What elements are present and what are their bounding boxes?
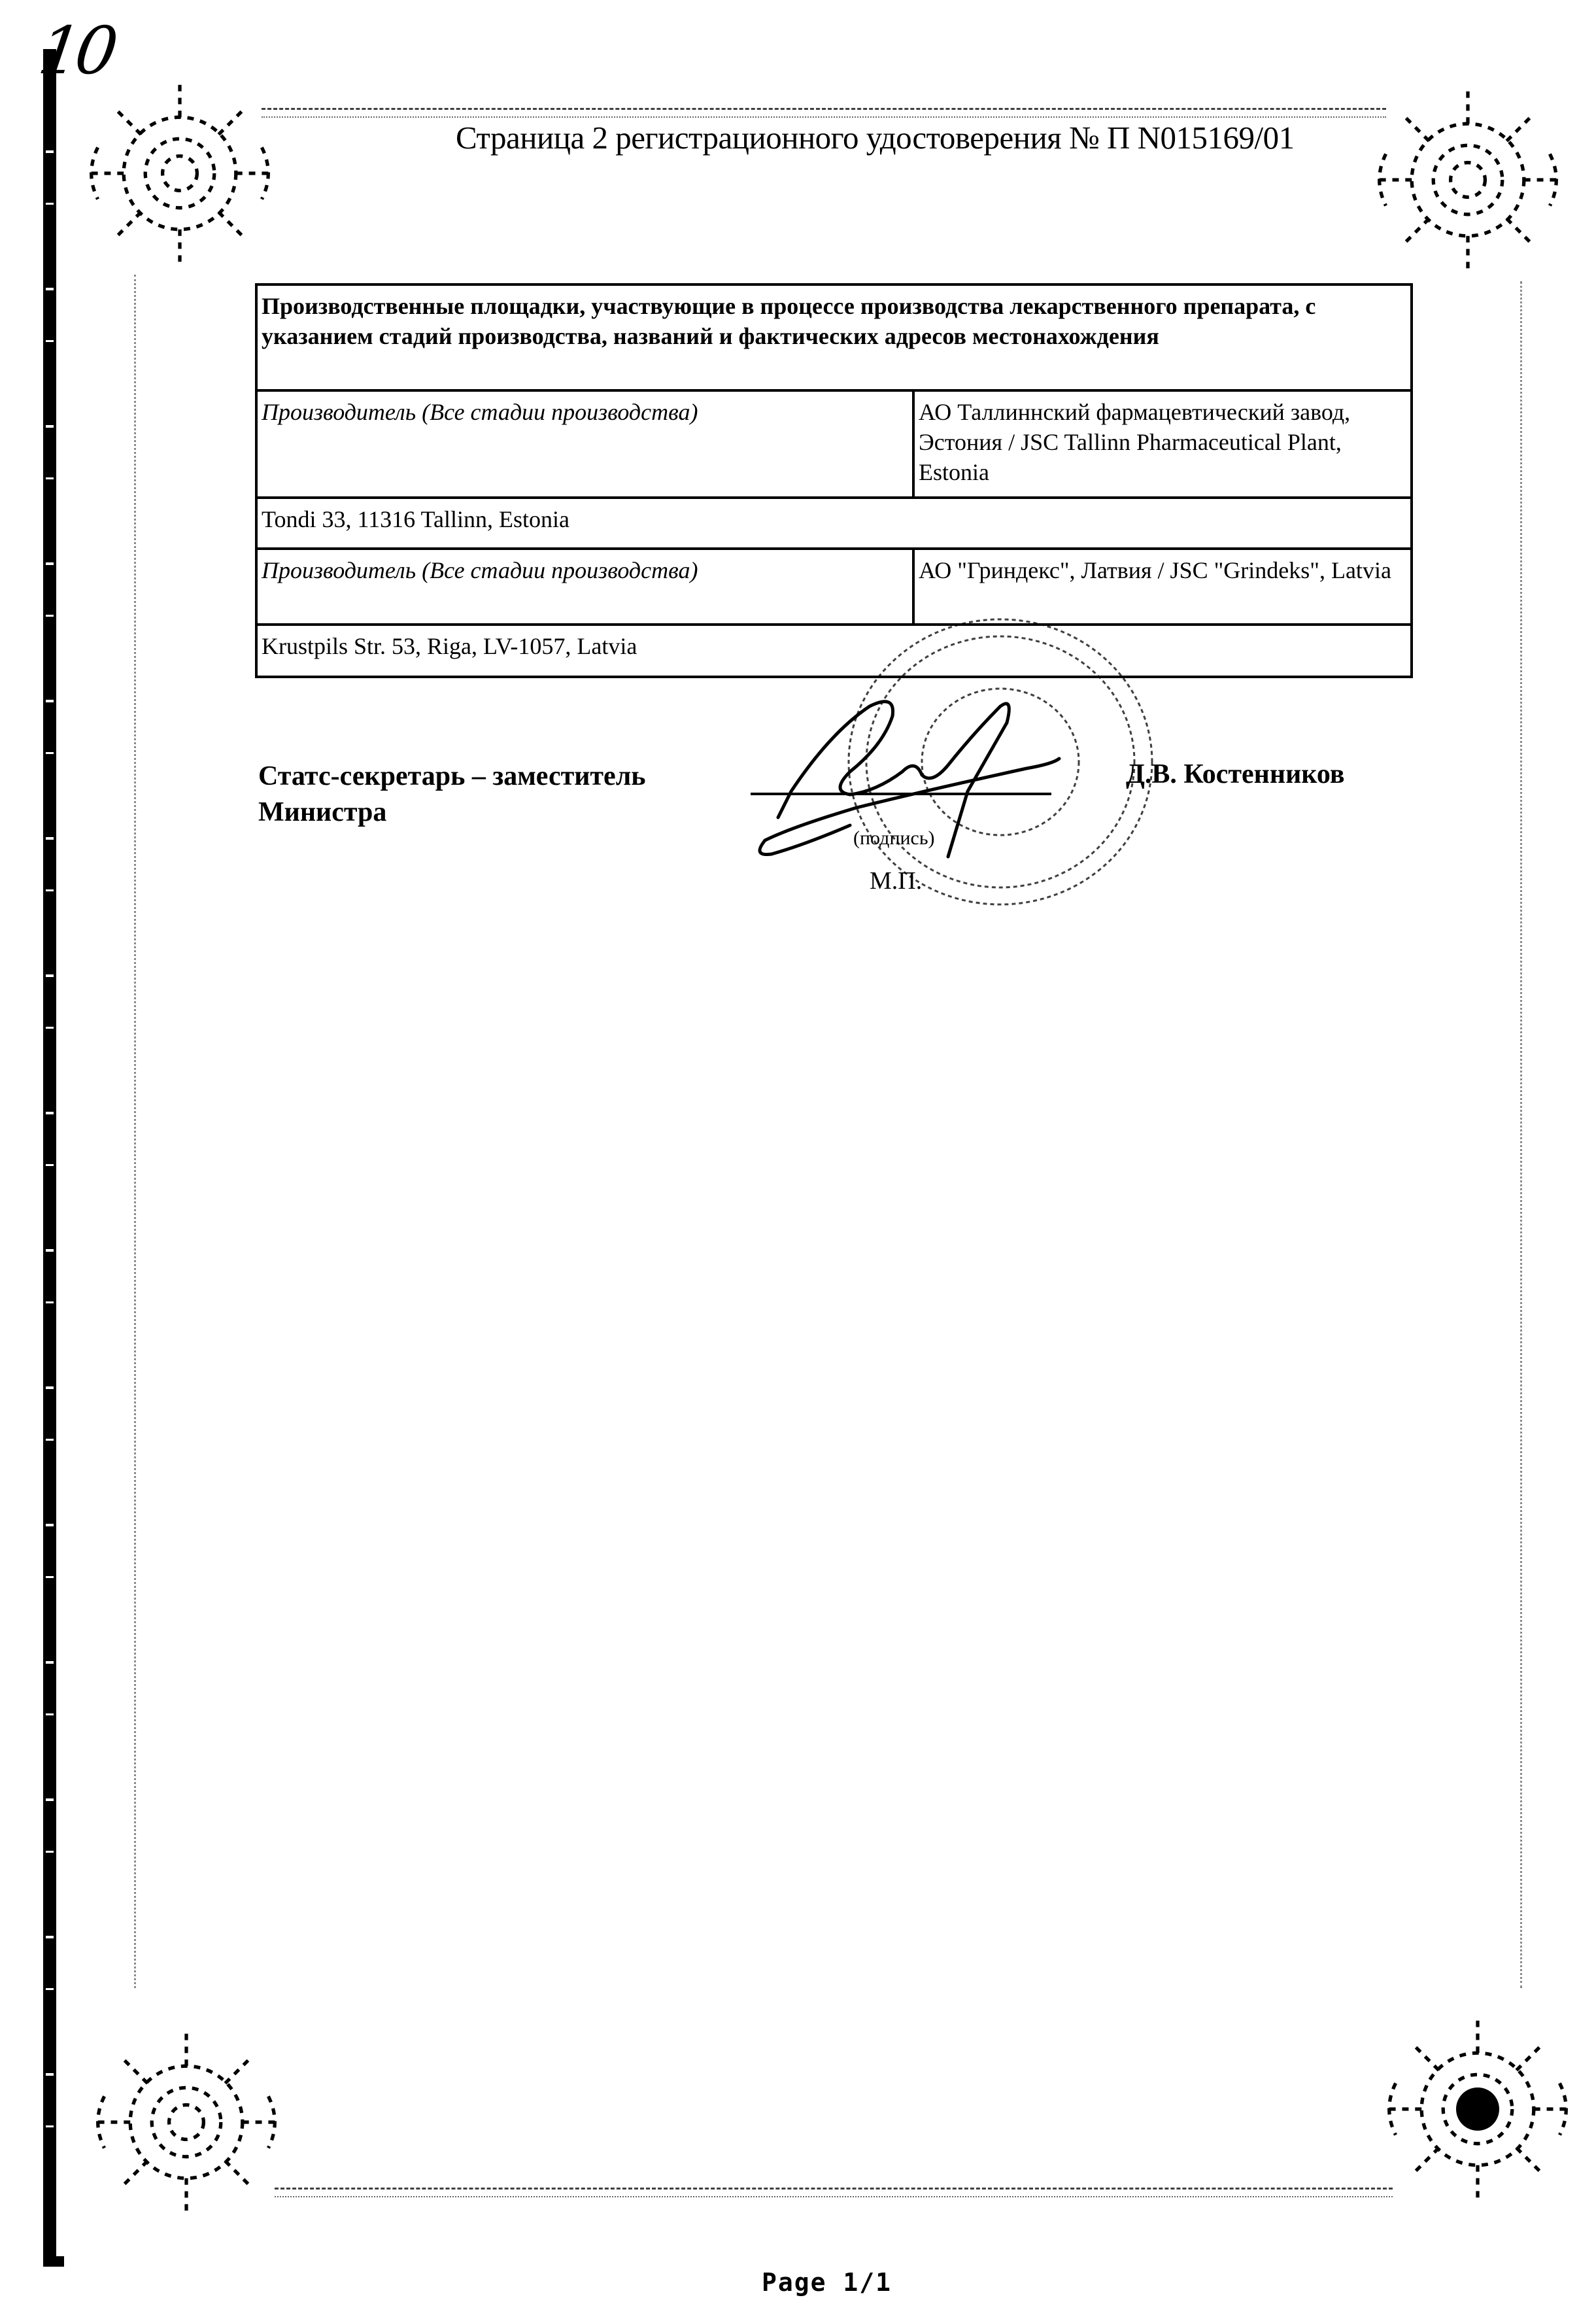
frame-bottom-line-inner	[275, 2196, 1393, 2197]
corner-rosette-icon	[1370, 2001, 1586, 2217]
corner-rosette-icon	[72, 65, 288, 281]
page-title: Страница 2 регистрационного удостоверени…	[456, 119, 1295, 156]
stamp-place-label: М.П.	[870, 867, 922, 895]
manufacturer-address-cell: Krustpils Str. 53, Riga, LV-1057, Latvia	[256, 625, 1412, 677]
table-header-row: Производственные площадки, участвующие в…	[256, 284, 1412, 390]
scan-edge-bar-foot	[43, 2256, 64, 2267]
frame-right-line	[1520, 281, 1522, 1988]
manufacturer-role-cell: Производитель (Все стадии производства)	[256, 390, 913, 498]
signatory-position-line2: Министра	[258, 795, 645, 831]
manufacturer-name-cell: АО Таллиннский фармацевтический завод, Э…	[913, 390, 1412, 498]
signature-line	[751, 793, 1051, 795]
manufacturer-name-cell: АО "Гриндекс", Латвия / JSC "Grindeks", …	[913, 549, 1412, 625]
frame-bottom-line	[275, 2188, 1393, 2190]
manufacturer-role-cell: Производитель (Все стадии производства)	[256, 549, 913, 625]
corner-rosette-icon	[1360, 72, 1576, 288]
manufacturer-address-cell: Tondi 33, 11316 Tallinn, Estonia	[256, 498, 1412, 549]
frame-top-line	[262, 108, 1386, 110]
page-footer: Page 1/1	[762, 2268, 892, 2297]
table-row: Производитель (Все стадии производства) …	[256, 549, 1412, 625]
signature-scribble-icon	[752, 661, 1118, 870]
table-row: Tondi 33, 11316 Tallinn, Estonia	[256, 498, 1412, 549]
frame-left-line	[134, 275, 136, 1988]
signature-caption: (подпись)	[853, 827, 935, 850]
signatory-position-line1: Статс-секретарь – заместитель	[258, 759, 645, 795]
frame-top-line-inner	[262, 116, 1386, 118]
corner-rosette-icon	[78, 2014, 294, 2230]
signatory-name: Д.В. Костенников	[1126, 759, 1345, 790]
table-row: Krustpils Str. 53, Riga, LV-1057, Latvia	[256, 625, 1412, 677]
production-sites-table: Производственные площадки, участвующие в…	[255, 283, 1413, 678]
table-row: Производитель (Все стадии производства) …	[256, 390, 1412, 498]
table-header-cell: Производственные площадки, участвующие в…	[256, 284, 1412, 390]
signatory-position: Статс-секретарь – заместитель Министра	[258, 759, 645, 831]
scan-edge-specks	[46, 111, 54, 2204]
